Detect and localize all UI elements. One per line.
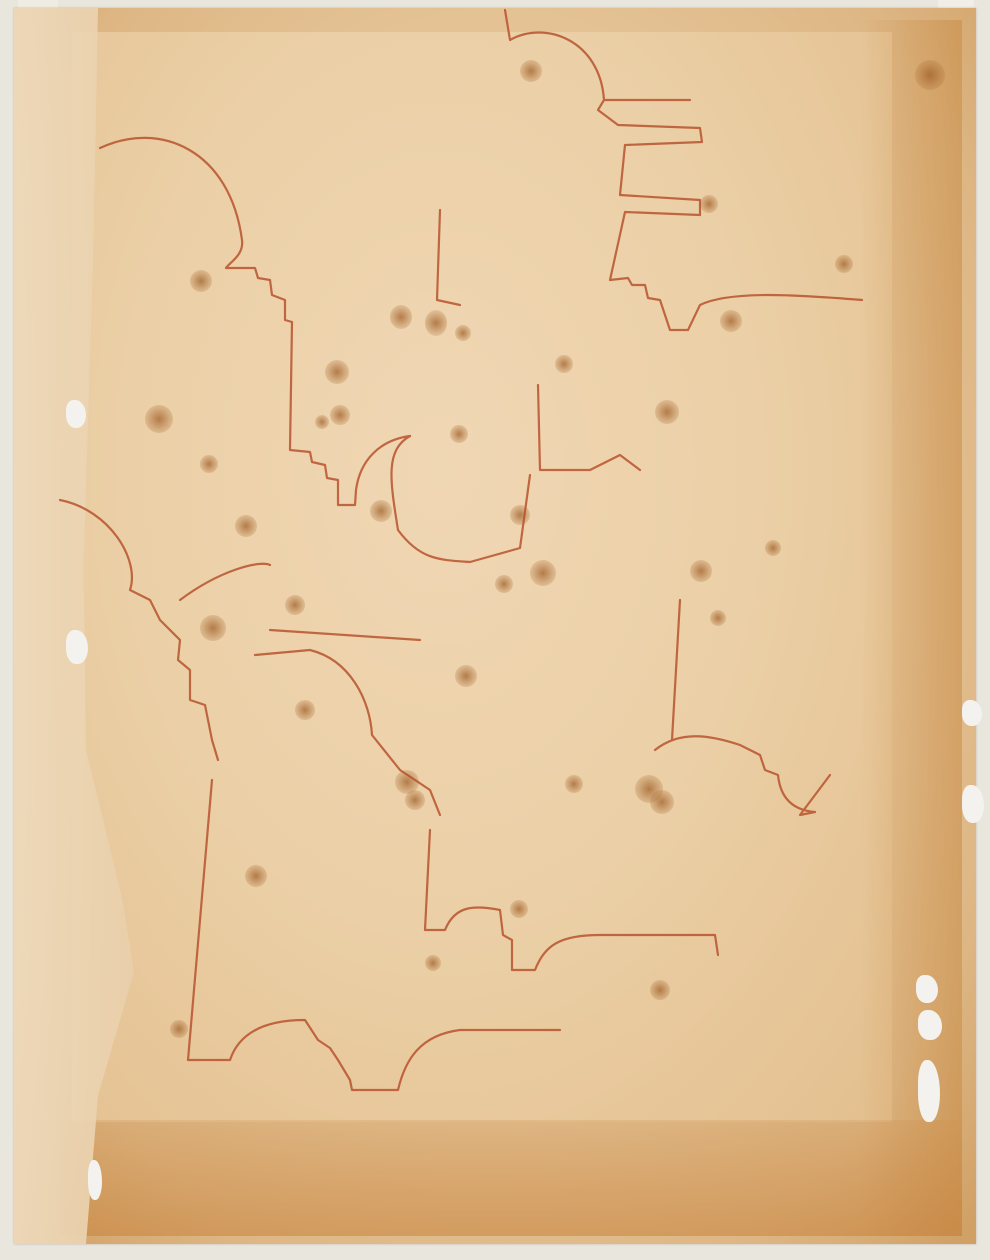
arch-profile-top-left <box>100 138 292 322</box>
arch-profile-middle-left <box>60 500 218 760</box>
cornice-profile-lower-center <box>425 830 718 970</box>
arch-profile-right <box>655 736 830 815</box>
red-chalk-molding-profiles <box>0 0 990 1260</box>
cornice-profile-top-right <box>505 10 862 330</box>
